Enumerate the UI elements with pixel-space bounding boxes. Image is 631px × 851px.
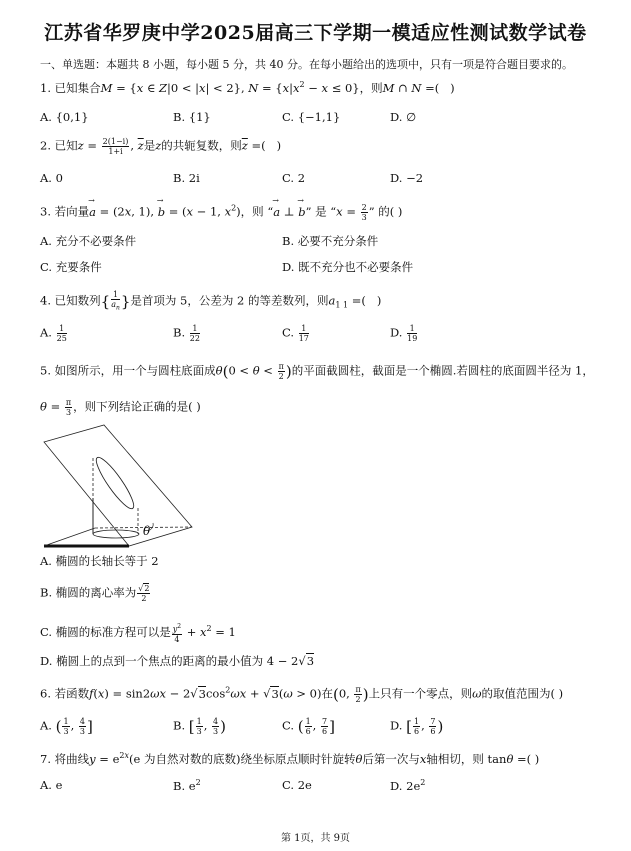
- q3-option-b[interactable]: B. 必要不充分条件: [282, 233, 378, 249]
- q4-option-d[interactable]: D. 119: [390, 324, 418, 343]
- q6-option-a[interactable]: A. (13, 43]: [40, 717, 93, 736]
- q4-option-c[interactable]: C. 117: [282, 324, 310, 343]
- question-7: 7. 将曲线y = e2x(e 为自然对数的底数)绕坐标原点顺时针旋转θ后第一次…: [40, 751, 539, 767]
- q6-option-c[interactable]: C. (16, 76]: [282, 717, 335, 736]
- q1-option-d[interactable]: D. ∅: [390, 110, 416, 124]
- question-6: 6. 若函数f(x) = sin2ωx − 2√3cos2ωx + √3(ω >…: [40, 685, 563, 704]
- q1-option-c[interactable]: C. {−1,1}: [282, 110, 340, 124]
- q6-option-d[interactable]: D. [16, 76): [390, 717, 443, 736]
- q3-option-d[interactable]: D. 既不充分也不必要条件: [282, 259, 413, 275]
- q2-option-c[interactable]: C. 2: [282, 171, 305, 185]
- q4-option-a[interactable]: A. 125: [40, 324, 68, 343]
- q5-option-a[interactable]: A. 椭圆的长轴长等于 2: [40, 553, 159, 569]
- question-1: 1. 已知集合M = {x ∈ Z|0 < |x| < 2}, N = {x|x…: [40, 80, 455, 96]
- q5-option-d[interactable]: D. 椭圆上的点到一个焦点的距离的最小值为 4 − 2√3: [40, 653, 314, 669]
- section-header: 一、单选题：本题共 8 小题，每小题 5 分，共 40 分。在每小题给出的选项中…: [40, 56, 573, 72]
- q1-option-a[interactable]: A. {0,1}: [40, 110, 89, 124]
- question-5: 5. 如图所示，用一个与圆柱底面成θ(0 < θ < π2)的平面截圆柱，截面是…: [40, 362, 594, 381]
- q7-option-a[interactable]: A. e: [40, 778, 62, 792]
- question-5-cont: θ = π3，则下列结论正确的是( ): [40, 398, 201, 417]
- q5-option-c[interactable]: C. 椭圆的标准方程可以是y24 + x2 = 1: [40, 622, 236, 644]
- q6-option-b[interactable]: B. [13, 43): [173, 717, 226, 736]
- question-2: 2. 已知z = 2(1−i)1+i, z是z的共轭复数，则z =( ): [40, 137, 281, 156]
- q3-option-a[interactable]: A. 充分不必要条件: [40, 233, 136, 249]
- q7-option-c[interactable]: C. 2e: [282, 778, 312, 792]
- page-footer: 第 1页，共 9页: [0, 829, 631, 844]
- question-3: 3. 若向量a = (2x, 1), b = (x − 1, x2)，则 “a …: [40, 203, 402, 222]
- q7-option-b[interactable]: B. e2: [173, 778, 201, 793]
- q2-option-d[interactable]: D. −2: [390, 171, 423, 185]
- question-number: 1.: [40, 81, 51, 95]
- question-4: 4. 已知数列{1an}是首项为 5，公差为 2 的等差数列，则a1 1 =( …: [40, 290, 381, 313]
- q5-option-b[interactable]: B. 椭圆的离心率为√22: [40, 584, 151, 603]
- exam-title: 江苏省华罗庚中学2025届高三下学期一模适应性测试数学试卷: [0, 18, 631, 45]
- q2-option-b[interactable]: B. 2i: [173, 171, 200, 185]
- q7-option-d[interactable]: D. 2e2: [390, 778, 425, 793]
- cylinder-plane-figure: θ: [30, 420, 210, 550]
- q2-option-a[interactable]: A. 0: [40, 171, 63, 185]
- theta-label: θ: [143, 524, 151, 538]
- q1-option-b[interactable]: B. {1}: [173, 110, 211, 124]
- q4-option-b[interactable]: B. 122: [173, 324, 201, 343]
- q3-option-c[interactable]: C. 充要条件: [40, 259, 102, 275]
